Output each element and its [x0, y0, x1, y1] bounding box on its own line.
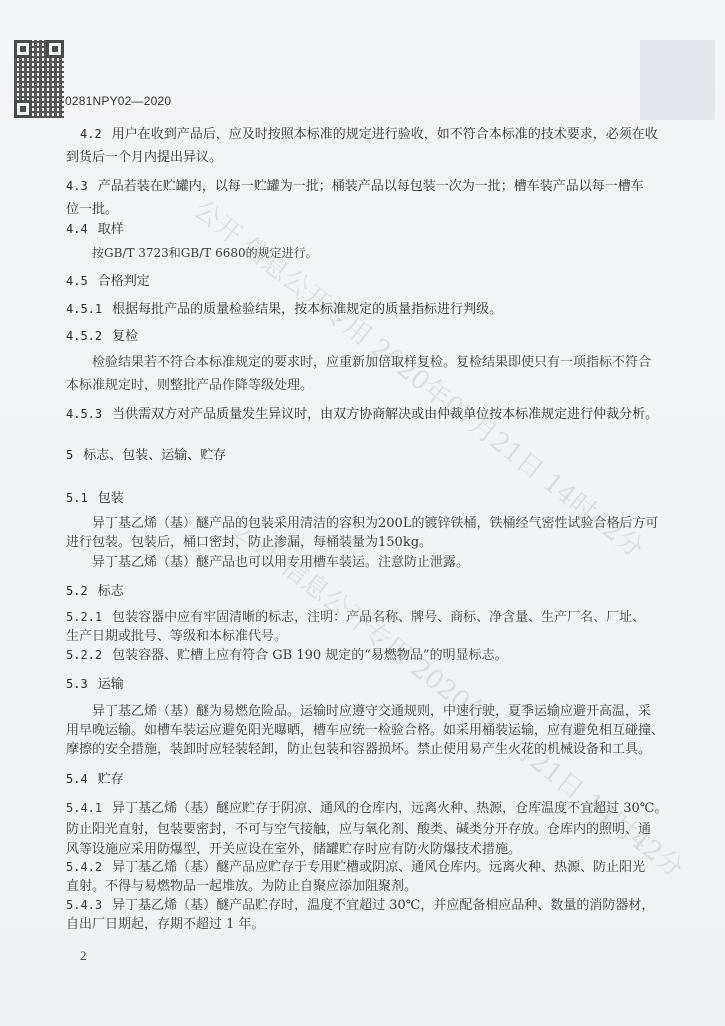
clause-5-4-1-cont-2: 风等设施应采用防爆型，开关应设在室外，储罐贮存时应有防火防爆技术措施。 [66, 838, 521, 857]
clause-4-2-cont: 到货后一个月内提出异议。 [66, 146, 222, 165]
clause-5-4-3: 5.4.3异丁基乙烯（基）醚产品贮存时，温度不宜超过 30℃，并应配备相应品种、… [66, 894, 654, 913]
clause-4-3: 4.3产品若装在贮罐内，以每一贮罐为一批；桶装产品以每包装一次为一批；槽车装产品… [66, 175, 644, 194]
heading-5-2: 5.2标志 [66, 580, 124, 599]
transport-text-2: 用早晚运输。如槽车装运应避免阳光曝晒，槽车应统一检验合格。如采用桶装运输，应有避… [66, 719, 664, 738]
clause-5-4-2: 5.4.2异丁基乙烯（基）醚产品应贮存于专用贮槽或阴凉、通风仓库内。远离火种、热… [66, 856, 645, 875]
qr-finder-icon [14, 100, 32, 118]
sampling-text: 按GB/T 3723和GB/T 6680的规定进行。 [92, 244, 318, 261]
document-code: 0281NPY02—2020 [65, 94, 171, 108]
heading-4-4: 4.4取样 [66, 218, 124, 237]
section-5-title: 5标志、包装、运输、贮存 [66, 444, 226, 463]
heading-4-5: 4.5合格判定 [66, 270, 150, 289]
recheck-text: 检验结果若不符合本标准规定的要求时，应重新加倍取样复检。复检结果即使只有一项指标… [92, 351, 651, 370]
packaging-text: 异丁基乙烯（基）醚产品的包装采用清洁的容积为200L的镀锌铁桶，铁桶经气密性试验… [92, 512, 658, 531]
clause-5-4-1: 5.4.1异丁基乙烯（基）醚应贮存于阴凉、通风的仓库内，远离火种、热源，仓库温度… [66, 797, 667, 816]
clause-4-5-3: 4.5.3当供需双方对产品质量发生异议时，由双方协商解决或由仲裁单位按本标准规定… [66, 403, 658, 422]
document-page: 0281NPY02—2020 公开 信息公开专用 2020年07月21日 14时… [0, 0, 725, 1026]
clause-4-3-cont: 位一批。 [66, 198, 118, 217]
qr-finder-icon [14, 40, 32, 58]
clause-5-2-1-cont: 生产日期或批号、等级和本标准代号。 [66, 625, 287, 644]
packaging-tanker-text: 异丁基乙烯（基）醚产品也可以用专用槽车装运。注意防止泄露。 [92, 551, 469, 570]
page-number: 2 [80, 948, 87, 964]
clause-4-2: 4.2用户在收到产品后，应及时按照本标准的规定进行验收，如不符合本标准的技术要求… [80, 123, 658, 142]
transport-text: 异丁基乙烯（基）醚为易燃危险品。运输时应遵守交通规则，中速行驶，夏季运输应避开高… [92, 700, 651, 719]
clause-5-4-1-cont: 防止阳光直射，包装要密封，不可与空气接触，应与氧化剂、酸类、碱类分开存放。仓库内… [66, 818, 651, 837]
clause-5-4-2-cont: 直射。不得与易燃物品一起堆放。为防止自聚应添加阻聚剂。 [66, 875, 417, 894]
heading-5-1: 5.1包装 [66, 487, 124, 506]
qr-code [14, 40, 64, 118]
faded-stamp-mark [640, 40, 715, 120]
heading-5-4: 5.4贮存 [66, 768, 124, 787]
clause-4-5-1: 4.5.1根据每批产品的质量检验结果，按本标准规定的质量指标进行判级。 [66, 298, 502, 317]
recheck-text-cont: 本标准规定时，则整批产品作降等级处理。 [66, 374, 313, 393]
packaging-text-cont: 进行包装。包装后，桶口密封，防止渗漏，每桶装量为150kg。 [66, 531, 432, 550]
heading-4-5-2: 4.5.2复检 [66, 325, 138, 344]
clause-5-2-1: 5.2.1包装容器中应有牢固清晰的标志，注明：产品名称、牌号、商标、净含量、生产… [66, 606, 645, 625]
transport-text-3: 摩擦的安全措施，装卸时应轻装轻卸，防止包装和容器损坏。禁止使用易产生火花的机械设… [66, 738, 651, 757]
qr-finder-icon [46, 40, 64, 58]
heading-5-3: 5.3运输 [66, 673, 124, 692]
clause-5-4-3-cont: 自出厂日期起，存期不超过 1 年。 [66, 913, 265, 932]
clause-5-2-2: 5.2.2包装容器、贮槽上应有符合 GB 190 规定的“易燃物品”的明显标志。 [66, 644, 508, 663]
